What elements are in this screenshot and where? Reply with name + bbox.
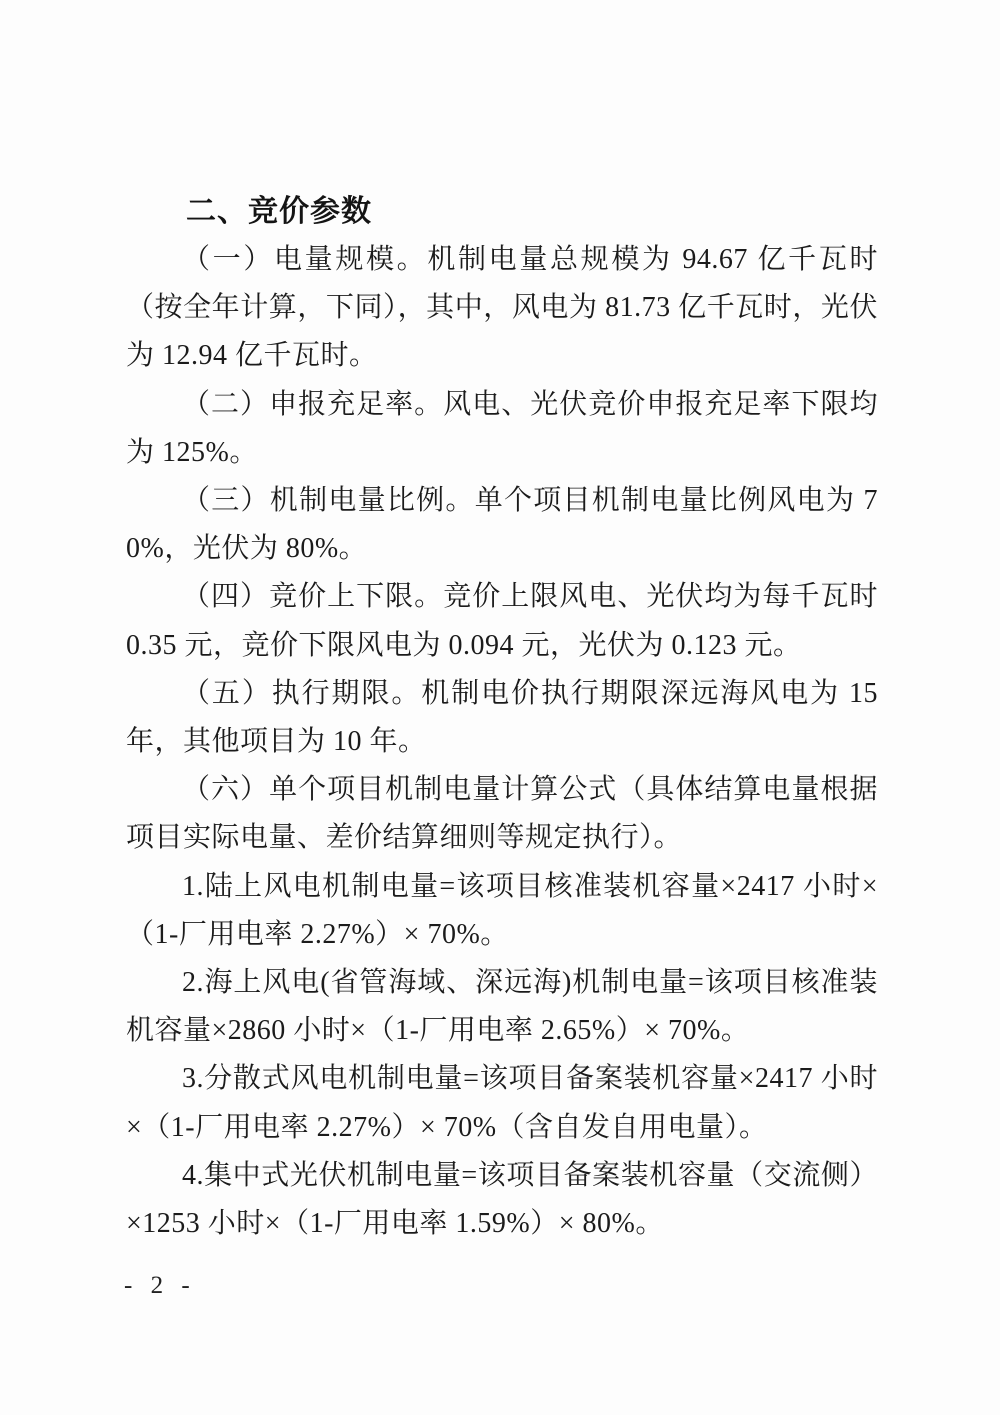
paragraph-formula-onshore-wind: 1.陆上风电机制电量=该项目核准装机容量×2417 小时×（1-厂用电率 2.2… — [126, 863, 878, 959]
section-heading: 二、竞价参数 — [126, 188, 878, 236]
page-number: - 2 - — [124, 1272, 196, 1300]
paragraph-execution-period: （五）执行期限。机制电价执行期限深远海风电为 15 年，其他项目为 10 年。 — [126, 670, 878, 766]
document-page: 二、竞价参数 （一）电量规模。机制电量总规模为 94.67 亿千瓦时（按全年计算… — [0, 0, 1000, 1415]
paragraph-bid-price-limits: （四）竞价上下限。竞价上限风电、光伏均为每千瓦时 0.35 元，竞价下限风电为 … — [126, 573, 878, 669]
paragraph-bid-sufficiency-rate: （二）申报充足率。风电、光伏竞价申报充足率下限均为 125%。 — [126, 381, 878, 477]
paragraph-formula-distributed-wind: 3.分散式风电机制电量=该项目备案装机容量×2417 小时×（1-厂用电率 2.… — [126, 1055, 878, 1151]
paragraph-formula-centralized-pv: 4.集中式光伏机制电量=该项目备案装机容量（交流侧）×1253 小时×（1-厂用… — [126, 1152, 878, 1248]
paragraph-calculation-formula-intro: （六）单个项目机制电量计算公式（具体结算电量根据项目实际电量、差价结算细则等规定… — [126, 766, 878, 862]
paragraph-formula-offshore-wind: 2.海上风电(省管海域、深远海)机制电量=该项目核准装机容量×2860 小时×（… — [126, 959, 878, 1055]
paragraph-mechanism-power-ratio: （三）机制电量比例。单个项目机制电量比例风电为 70%，光伏为 80%。 — [126, 477, 878, 573]
document-content: 二、竞价参数 （一）电量规模。机制电量总规模为 94.67 亿千瓦时（按全年计算… — [126, 188, 878, 1248]
paragraph-power-scale: （一）电量规模。机制电量总规模为 94.67 亿千瓦时（按全年计算，下同），其中… — [126, 236, 878, 381]
